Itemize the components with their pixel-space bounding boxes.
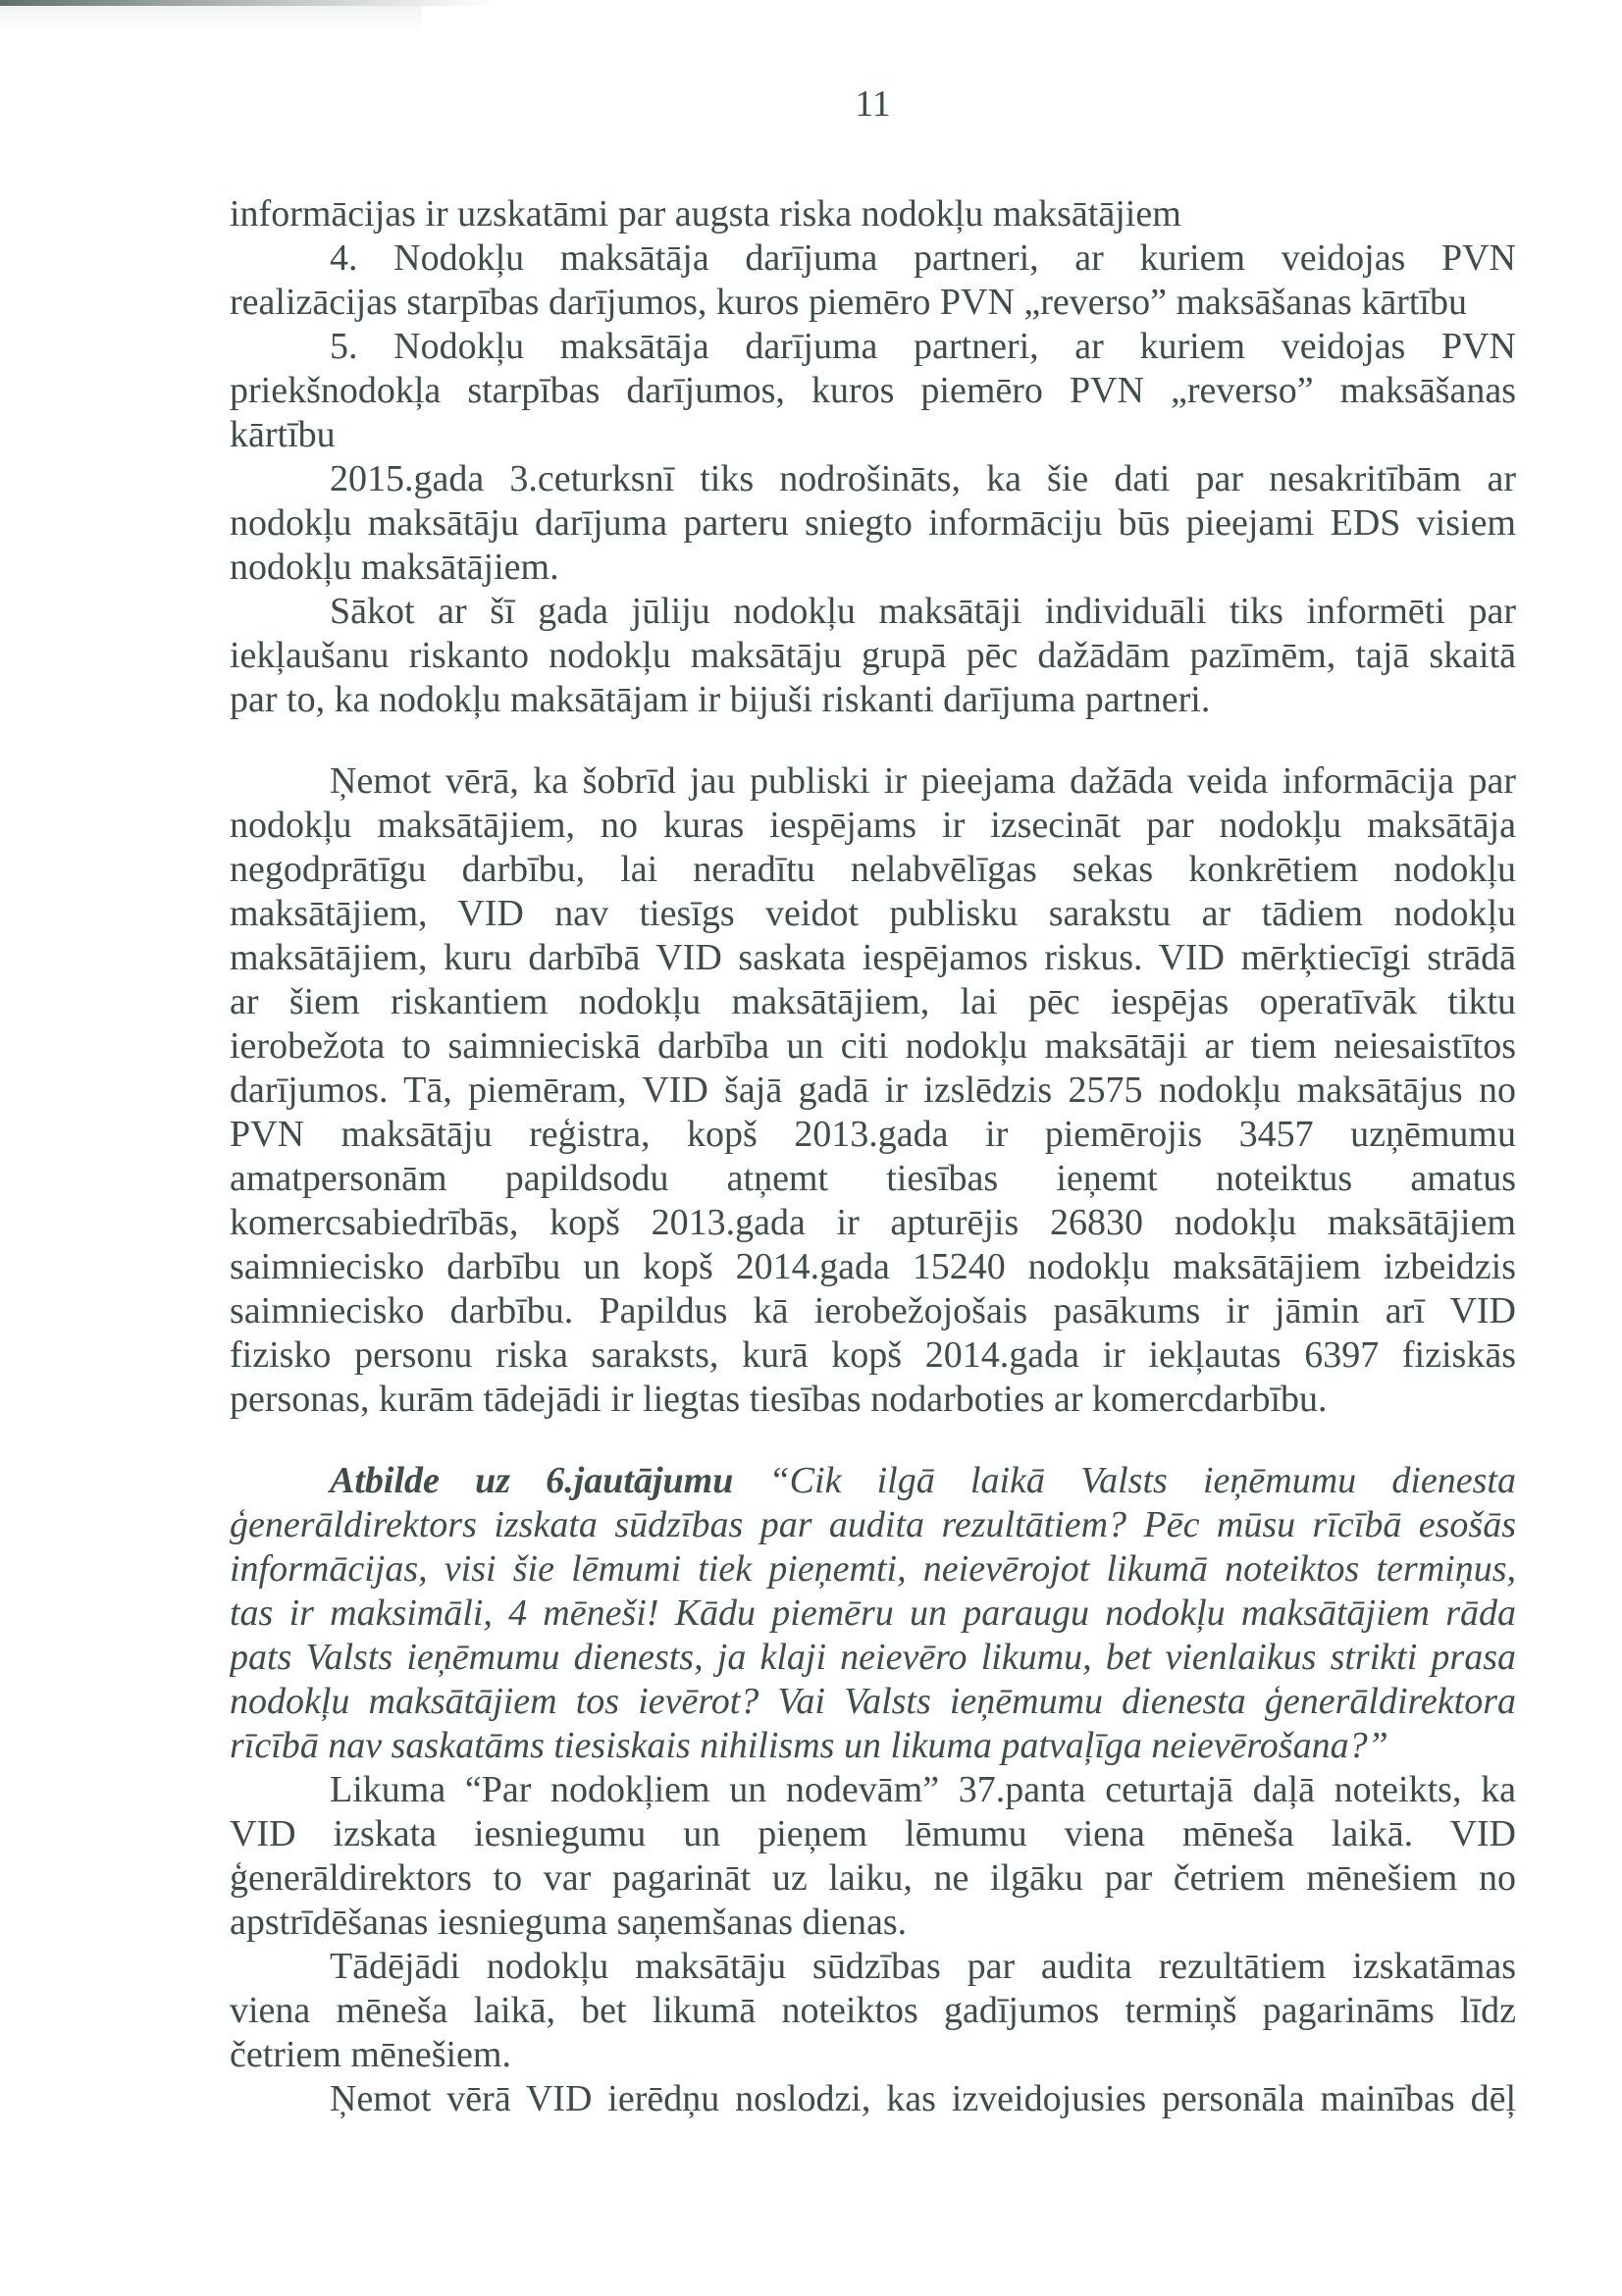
- text-line: nodokļu maksātāju darījuma parteru snieg…: [230, 501, 1516, 546]
- text-line: Tādējādi nodokļu maksātāju sūdzības par …: [230, 1945, 1516, 1989]
- text-line: Ņemot vērā, ka šobrīd jau publiski ir pi…: [230, 759, 1516, 804]
- paragraph: Likuma “Par nodokļiem un nodevām” 37.pan…: [230, 1768, 1516, 1945]
- text-line: pats Valsts ieņēmumu dienests, ja klaji …: [230, 1636, 1516, 1680]
- text-line: fizisko personu riska saraksts, kurā kop…: [230, 1333, 1516, 1378]
- paragraph: Sākot ar šī gada jūliju nodokļu maksātāj…: [230, 590, 1516, 722]
- text-line: viena mēneša laikā, bet likumā noteiktos…: [230, 1989, 1516, 2033]
- text-line: Sākot ar šī gada jūliju nodokļu maksātāj…: [230, 590, 1516, 634]
- text-line: Ņemot vērā VID ierēdņu noslodzi, kas izv…: [230, 2077, 1516, 2121]
- document-page: 11 informācijas ir uzskatāmi par augsta …: [0, 0, 1622, 2296]
- page-number: 11: [230, 82, 1516, 127]
- text-line: nodokļu maksātājiem, no kuras iespējams …: [230, 804, 1516, 848]
- text-line: iekļaušanu riskanto nodokļu maksātāju gr…: [230, 634, 1516, 678]
- text-line: 5. Nodokļu maksātāja darījuma partneri, …: [230, 325, 1516, 369]
- text-line: ģenerāldirektors izskata sūdzības par au…: [230, 1503, 1516, 1547]
- text-line: rīcībā nav saskatāms tiesiskais nihilism…: [230, 1724, 1516, 1768]
- text-line: Likuma “Par nodokļiem un nodevām” 37.pan…: [230, 1768, 1516, 1812]
- paragraph: 5. Nodokļu maksātāja darījuma partneri, …: [230, 325, 1516, 457]
- text-line: nodokļu maksātājiem tos ievērot? Vai Val…: [230, 1680, 1516, 1724]
- paragraph: Tādējādi nodokļu maksātāju sūdzības par …: [230, 1945, 1516, 2077]
- text-line: 4. Nodokļu maksātāja darījuma partneri, …: [230, 236, 1516, 281]
- line-text: “Cik ilgā laikā Valsts ieņēmumu dienesta: [769, 1460, 1516, 1501]
- text-line: negodprātīgu darbību, lai neradītu nelab…: [230, 848, 1516, 892]
- paragraph: 4. Nodokļu maksātāja darījuma partneri, …: [230, 236, 1516, 325]
- text-line: realizācijas starpības darījumos, kuros …: [230, 281, 1516, 325]
- text-line: ģenerāldirektors to var pagarināt uz lai…: [230, 1856, 1516, 1901]
- text-line: saimniecisko darbību. Papildus kā ierobe…: [230, 1289, 1516, 1333]
- text-line: apstrīdēšanas iesnieguma saņemšanas dien…: [230, 1901, 1516, 1945]
- text-line: tas ir maksimāli, 4 mēneši! Kādu piemēru…: [230, 1592, 1516, 1636]
- text-line: par to, ka nodokļu maksātājam ir bijuši …: [230, 678, 1516, 722]
- paragraph: Ņemot vērā VID ierēdņu noslodzi, kas izv…: [230, 2077, 1516, 2121]
- text-line: ar šiem riskantiem nodokļu maksātājiem, …: [230, 980, 1516, 1024]
- text-line: priekšnodokļa starpības darījumos, kuros…: [230, 369, 1516, 413]
- paragraph: Atbilde uz 6.jautājumu “Cik ilgā laikā V…: [230, 1459, 1516, 1768]
- document-body: informācijas ir uzskatāmi par augsta ris…: [230, 192, 1516, 2121]
- paragraph: 2015.gada 3.ceturksnī tiks nodrošināts, …: [230, 457, 1516, 590]
- text-line: maksātājiem, kuru darbībā VID saskata ie…: [230, 936, 1516, 980]
- text-line: saimniecisko darbību un kopš 2014.gada 1…: [230, 1245, 1516, 1289]
- paragraph: Ņemot vērā, ka šobrīd jau publiski ir pi…: [230, 759, 1516, 1422]
- text-line: VID izskata iesniegumu un pieņem lēmumu …: [230, 1812, 1516, 1856]
- text-line: komercsabiedrībās, kopš 2013.gada ir apt…: [230, 1201, 1516, 1245]
- text-line: PVN maksātāju reģistra, kopš 2013.gada i…: [230, 1113, 1516, 1157]
- bold-lead: Atbilde uz 6.jautājumu: [330, 1460, 733, 1501]
- text-line: ierobežota to saimnieciskā darbība un ci…: [230, 1024, 1516, 1069]
- text-line: 2015.gada 3.ceturksnī tiks nodrošināts, …: [230, 457, 1516, 501]
- paragraph: informācijas ir uzskatāmi par augsta ris…: [230, 192, 1516, 236]
- text-line: četriem mēnešiem.: [230, 2033, 1516, 2077]
- text-line: kārtību: [230, 413, 1516, 457]
- text-line: amatpersonām papildsodu atņemt tiesības …: [230, 1157, 1516, 1201]
- text-line: informācijas, visi šie lēmumi tiek pieņe…: [230, 1547, 1516, 1592]
- text-line: darījumos. Tā, piemēram, VID šajā gadā i…: [230, 1069, 1516, 1113]
- text-line: personas, kurām tādejādi ir liegtas ties…: [230, 1378, 1516, 1422]
- text-line: Atbilde uz 6.jautājumu “Cik ilgā laikā V…: [230, 1459, 1516, 1503]
- text-line: nodokļu maksātājiem.: [230, 546, 1516, 590]
- text-line: informācijas ir uzskatāmi par augsta ris…: [230, 192, 1516, 236]
- text-line: maksātājiem, VID nav tiesīgs veidot publ…: [230, 892, 1516, 936]
- scan-artifact-smudge: [0, 6, 422, 33]
